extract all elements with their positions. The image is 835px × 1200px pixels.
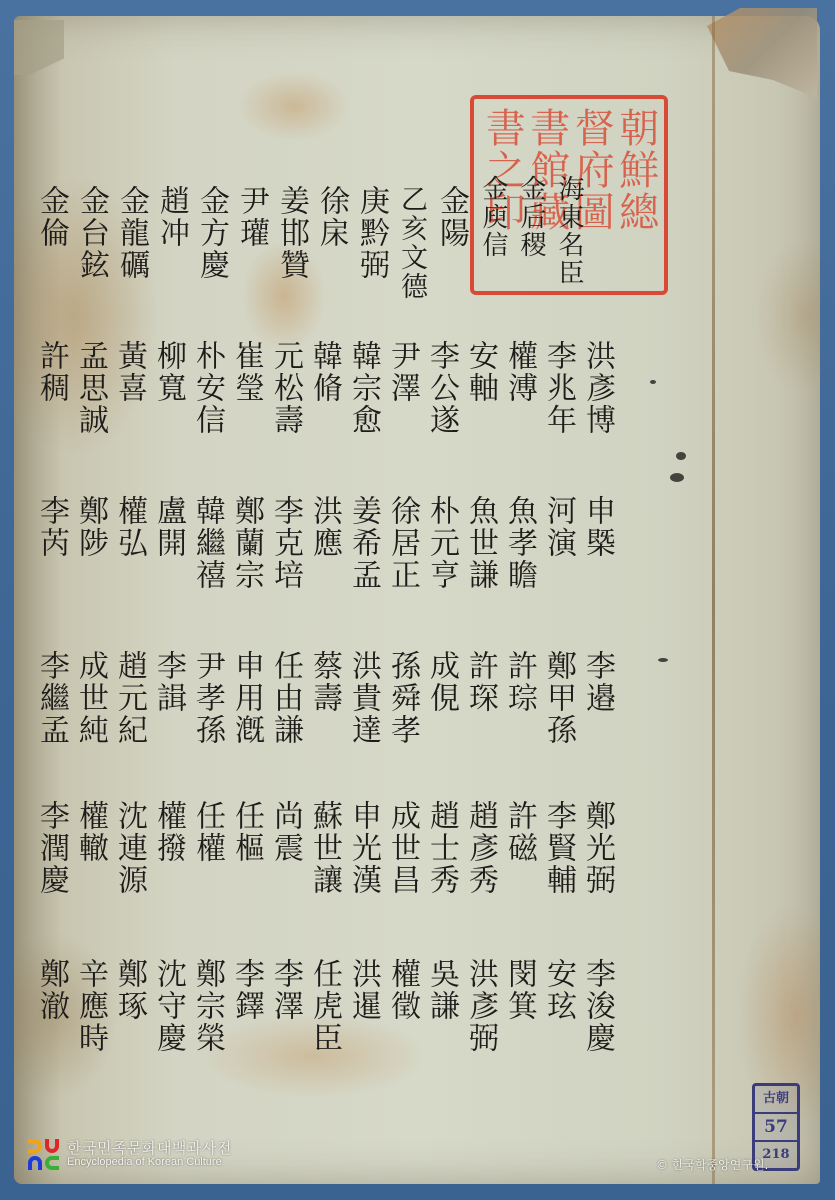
roster-band-5: 李浚慶 安玹 閔箕 洪彥弼 吳謙 權徵 洪暹 任虎臣 李澤 李鐸 鄭宗榮 沈守慶… [30, 958, 612, 1054]
roster-name: 李克培 [264, 495, 300, 591]
roster-name: 趙彥秀 [459, 800, 495, 896]
roster-name: 金庾信 [478, 175, 506, 259]
roster-name: 洪彥弼 [459, 958, 495, 1054]
roster-name: 趙元紀 [108, 650, 144, 746]
roster-name: 金龍礪 [110, 185, 146, 281]
encyclopedia-watermark: 한국민족문화대백과사전 Encyclopedia of Korean Cultu… [27, 1138, 232, 1172]
roster-name: 李公遂 [420, 340, 456, 436]
roster-name: 韓脩 [303, 340, 339, 404]
roster-name: 庚黔弼 [350, 185, 386, 281]
roster-name: 朴元亨 [420, 495, 456, 591]
roster-name: 孫舜孝 [381, 650, 417, 746]
roster-name: 姜邯贊 [270, 185, 306, 281]
roster-name: 鄭光弼 [576, 800, 612, 896]
roster-name: 金台鉉 [70, 185, 106, 281]
roster-name: 魚世謙 [459, 495, 495, 591]
watermark-title-english: Encyclopedia of Korean Culture [67, 1157, 232, 1169]
roster-name: 徐㦿 [310, 185, 346, 249]
roster-band-2: 申槩 河演 魚孝瞻 魚世謙 朴元亨 徐居正 姜希孟 洪應 李克培 鄭蘭宗 韓繼禧… [30, 495, 612, 591]
roster-name: 吳謙 [420, 958, 456, 1022]
roster-name: 尚震 [264, 800, 300, 864]
stamp-category: 古朝 [755, 1086, 797, 1114]
roster-name: 沈連源 [108, 800, 144, 896]
roster-name: 洪彥博 [576, 340, 612, 436]
roster-name: 李芮 [30, 495, 66, 559]
watermark-title-korean: 한국민족문화대백과사전 [67, 1141, 232, 1157]
roster-name: 洪應 [303, 495, 339, 559]
roster-name: 鄭甲孫 [537, 650, 573, 746]
page-fold-line [712, 16, 715, 1184]
roster-name: 辛應時 [69, 958, 105, 1054]
roster-name: 任虎臣 [303, 958, 339, 1054]
roster-name: 李兆年 [537, 340, 573, 436]
roster-name: 權撥 [147, 800, 183, 864]
roster-name: 任權 [186, 800, 222, 864]
roster-band-1: 洪彥博 李兆年 權溥 安軸 李公遂 尹澤 韓宗愈 韓脩 元松壽 崔瑩 朴安信 柳… [30, 340, 612, 436]
roster-name: 李諿 [147, 650, 183, 714]
roster-name: 黃喜 [108, 340, 144, 404]
roster-name: 乙亥文德 [390, 185, 426, 301]
roster-name: 金方慶 [190, 185, 226, 281]
roster-name: 趙士秀 [420, 800, 456, 896]
roster-name: 許磁 [498, 800, 534, 864]
roster-name: 崔瑩 [225, 340, 261, 404]
ink-smudge [676, 452, 686, 460]
roster-name: 成世昌 [381, 800, 417, 896]
roster-name: 安軸 [459, 340, 495, 404]
roster-name: 沈守慶 [147, 958, 183, 1054]
roster-name: 盧開 [147, 495, 183, 559]
roster-name: 蘇世讓 [303, 800, 339, 896]
roster-name: 權徵 [381, 958, 417, 1022]
stamp-number: 57 [755, 1114, 797, 1142]
roster-name: 李繼孟 [30, 650, 66, 746]
roster-name: 成世純 [69, 650, 105, 746]
ink-smudge [650, 380, 656, 384]
roster-name: 朴安信 [186, 340, 222, 436]
roster-name: 任由謙 [264, 650, 300, 746]
ink-smudge [658, 658, 668, 662]
roster-name: 韓繼禧 [186, 495, 222, 591]
roster-name: 尹孝孫 [186, 650, 222, 746]
roster-name: 韓宗愈 [342, 340, 378, 436]
roster-name: 鄭澈 [30, 958, 66, 1022]
roster-name: 任樞 [225, 800, 261, 864]
encykorea-logo-icon [27, 1138, 61, 1172]
roster-name: 鄭琢 [108, 958, 144, 1022]
roster-name: 權弘 [108, 495, 144, 559]
ink-smudge [670, 473, 684, 482]
roster-name: 權轍 [69, 800, 105, 864]
roster-name: 安玹 [537, 958, 573, 1022]
roster-name: 許琛 [459, 650, 495, 714]
roster-name: 李賢輔 [537, 800, 573, 896]
roster-name: 申槩 [576, 495, 612, 559]
roster-name: 申光漢 [342, 800, 378, 896]
seal-overlay-names: 海東名臣 金后稷 金庾信 [478, 175, 582, 287]
roster-name: 魚孝瞻 [498, 495, 534, 591]
roster-name: 姜希孟 [342, 495, 378, 591]
roster-name: 蔡壽 [303, 650, 339, 714]
roster-header: 海東名臣 [554, 175, 582, 287]
roster-name: 金倫 [30, 185, 66, 249]
roster-name: 李潤慶 [30, 800, 66, 896]
roster-name: 權溥 [498, 340, 534, 404]
roster-name: 趙冲 [150, 185, 186, 249]
roster-name: 李邉 [576, 650, 612, 714]
roster-name: 洪暹 [342, 958, 378, 1022]
roster-band-4: 鄭光弼 李賢輔 許磁 趙彥秀 趙士秀 成世昌 申光漢 蘇世讓 尚震 任樞 任權 … [30, 800, 612, 896]
roster-name: 鄭陟 [69, 495, 105, 559]
roster-name: 元松壽 [264, 340, 300, 436]
roster-name: 金后稷 [516, 175, 544, 259]
roster-name: 金陽 [430, 185, 466, 249]
copyright-notice: © 한국학중앙연구원. [656, 1156, 768, 1173]
roster-name: 李鐸 [225, 958, 261, 1022]
roster-name: 李澤 [264, 958, 300, 1022]
roster-name: 許琮 [498, 650, 534, 714]
roster-band-0: 金陽 乙亥文德 庚黔弼 徐㦿 姜邯贊 尹瓘 金方慶 趙冲 金龍礪 金台鉉 金倫 [30, 185, 466, 301]
roster-name: 尹瓘 [230, 185, 266, 249]
roster-name: 鄭宗榮 [186, 958, 222, 1054]
roster-name: 成俔 [420, 650, 456, 714]
roster-name: 徐居正 [381, 495, 417, 591]
roster-name: 洪貴達 [342, 650, 378, 746]
roster-name: 許稠 [30, 340, 66, 404]
roster-name: 孟思誠 [69, 340, 105, 436]
seal-text-column: 朝鮮總 [616, 107, 656, 283]
roster-name: 申用漑 [225, 650, 261, 746]
roster-name: 柳寬 [147, 340, 183, 404]
roster-name: 尹澤 [381, 340, 417, 404]
roster-name: 閔箕 [498, 958, 534, 1022]
roster-name: 河演 [537, 495, 573, 559]
roster-name: 李浚慶 [576, 958, 612, 1054]
roster-name: 鄭蘭宗 [225, 495, 261, 591]
roster-band-3: 李邉 鄭甲孫 許琮 許琛 成俔 孫舜孝 洪貴達 蔡壽 任由謙 申用漑 尹孝孫 李… [30, 650, 612, 746]
